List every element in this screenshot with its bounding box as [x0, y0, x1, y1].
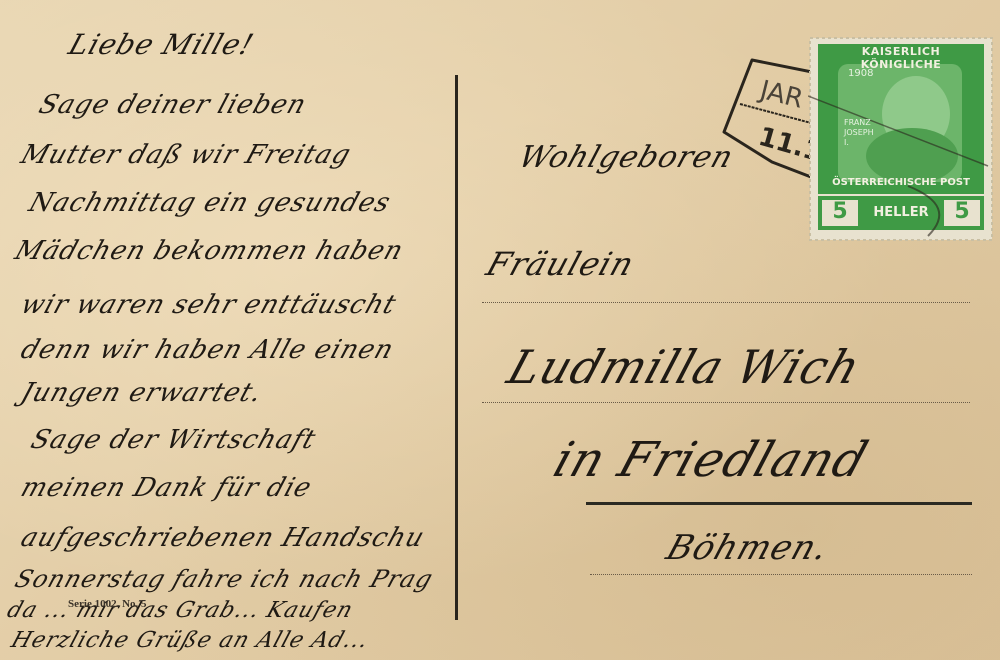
address-city: in Friedland: [547, 432, 875, 488]
message-line: Jungen erwartet.: [17, 378, 266, 408]
address-honorific: Wohlgeboren: [514, 140, 738, 175]
address-line-4: [590, 574, 972, 575]
stamp-text-bottom: ÖSTERREICHISCHE POST: [828, 177, 974, 188]
address-underline: [586, 502, 972, 505]
stamp-year: 1908: [848, 68, 873, 79]
stamp-value-left: 5: [822, 199, 858, 224]
address-title: Fräulein: [482, 245, 640, 283]
message-line: denn wir haben Alle einen: [17, 335, 398, 365]
message-line: aufgeschriebenen Handschu: [17, 523, 429, 553]
address-line-1: [482, 302, 970, 303]
postage-stamp: KAISERLICH KÖNIGLICHE ÖSTERREICHISCHE PO…: [808, 36, 994, 242]
message-line: meinen Dank für die: [17, 473, 316, 503]
message-line: Sage der Wirtschaft: [27, 425, 320, 455]
message-line: Sage deiner lieben: [35, 90, 310, 120]
message-line: Mutter daß wir Freitag: [17, 140, 355, 170]
message-line: wir waren sehr enttäuscht: [17, 290, 400, 320]
stamp-value-label: HELLER: [860, 205, 942, 220]
message-line: Nachmittag ein gesundes: [25, 188, 395, 218]
stamp-value-right: 5: [944, 199, 980, 224]
message-line: Herzliche Grüße an Alle Ad...: [8, 628, 372, 653]
address-line-2: [482, 402, 970, 403]
message-line: da ... mir das Grab... Kaufen: [4, 598, 356, 623]
postcard: Liebe Mille! Sage deiner lieben Mutter d…: [0, 0, 1000, 660]
stamp-portrait-caption: FRANZ JOSEPH I.: [844, 118, 874, 148]
printed-series-number: Serie 1002. No. 5: [68, 598, 147, 610]
message-line: Sonnerstag fahre ich nach Prag: [11, 565, 437, 593]
address-name: Ludmilla Wich: [501, 340, 868, 394]
address-region: Böhmen.: [662, 528, 834, 568]
center-divider: [455, 75, 458, 620]
message-line: Mädchen bekommen haben: [11, 236, 407, 266]
salutation: Liebe Mille!: [65, 28, 259, 61]
